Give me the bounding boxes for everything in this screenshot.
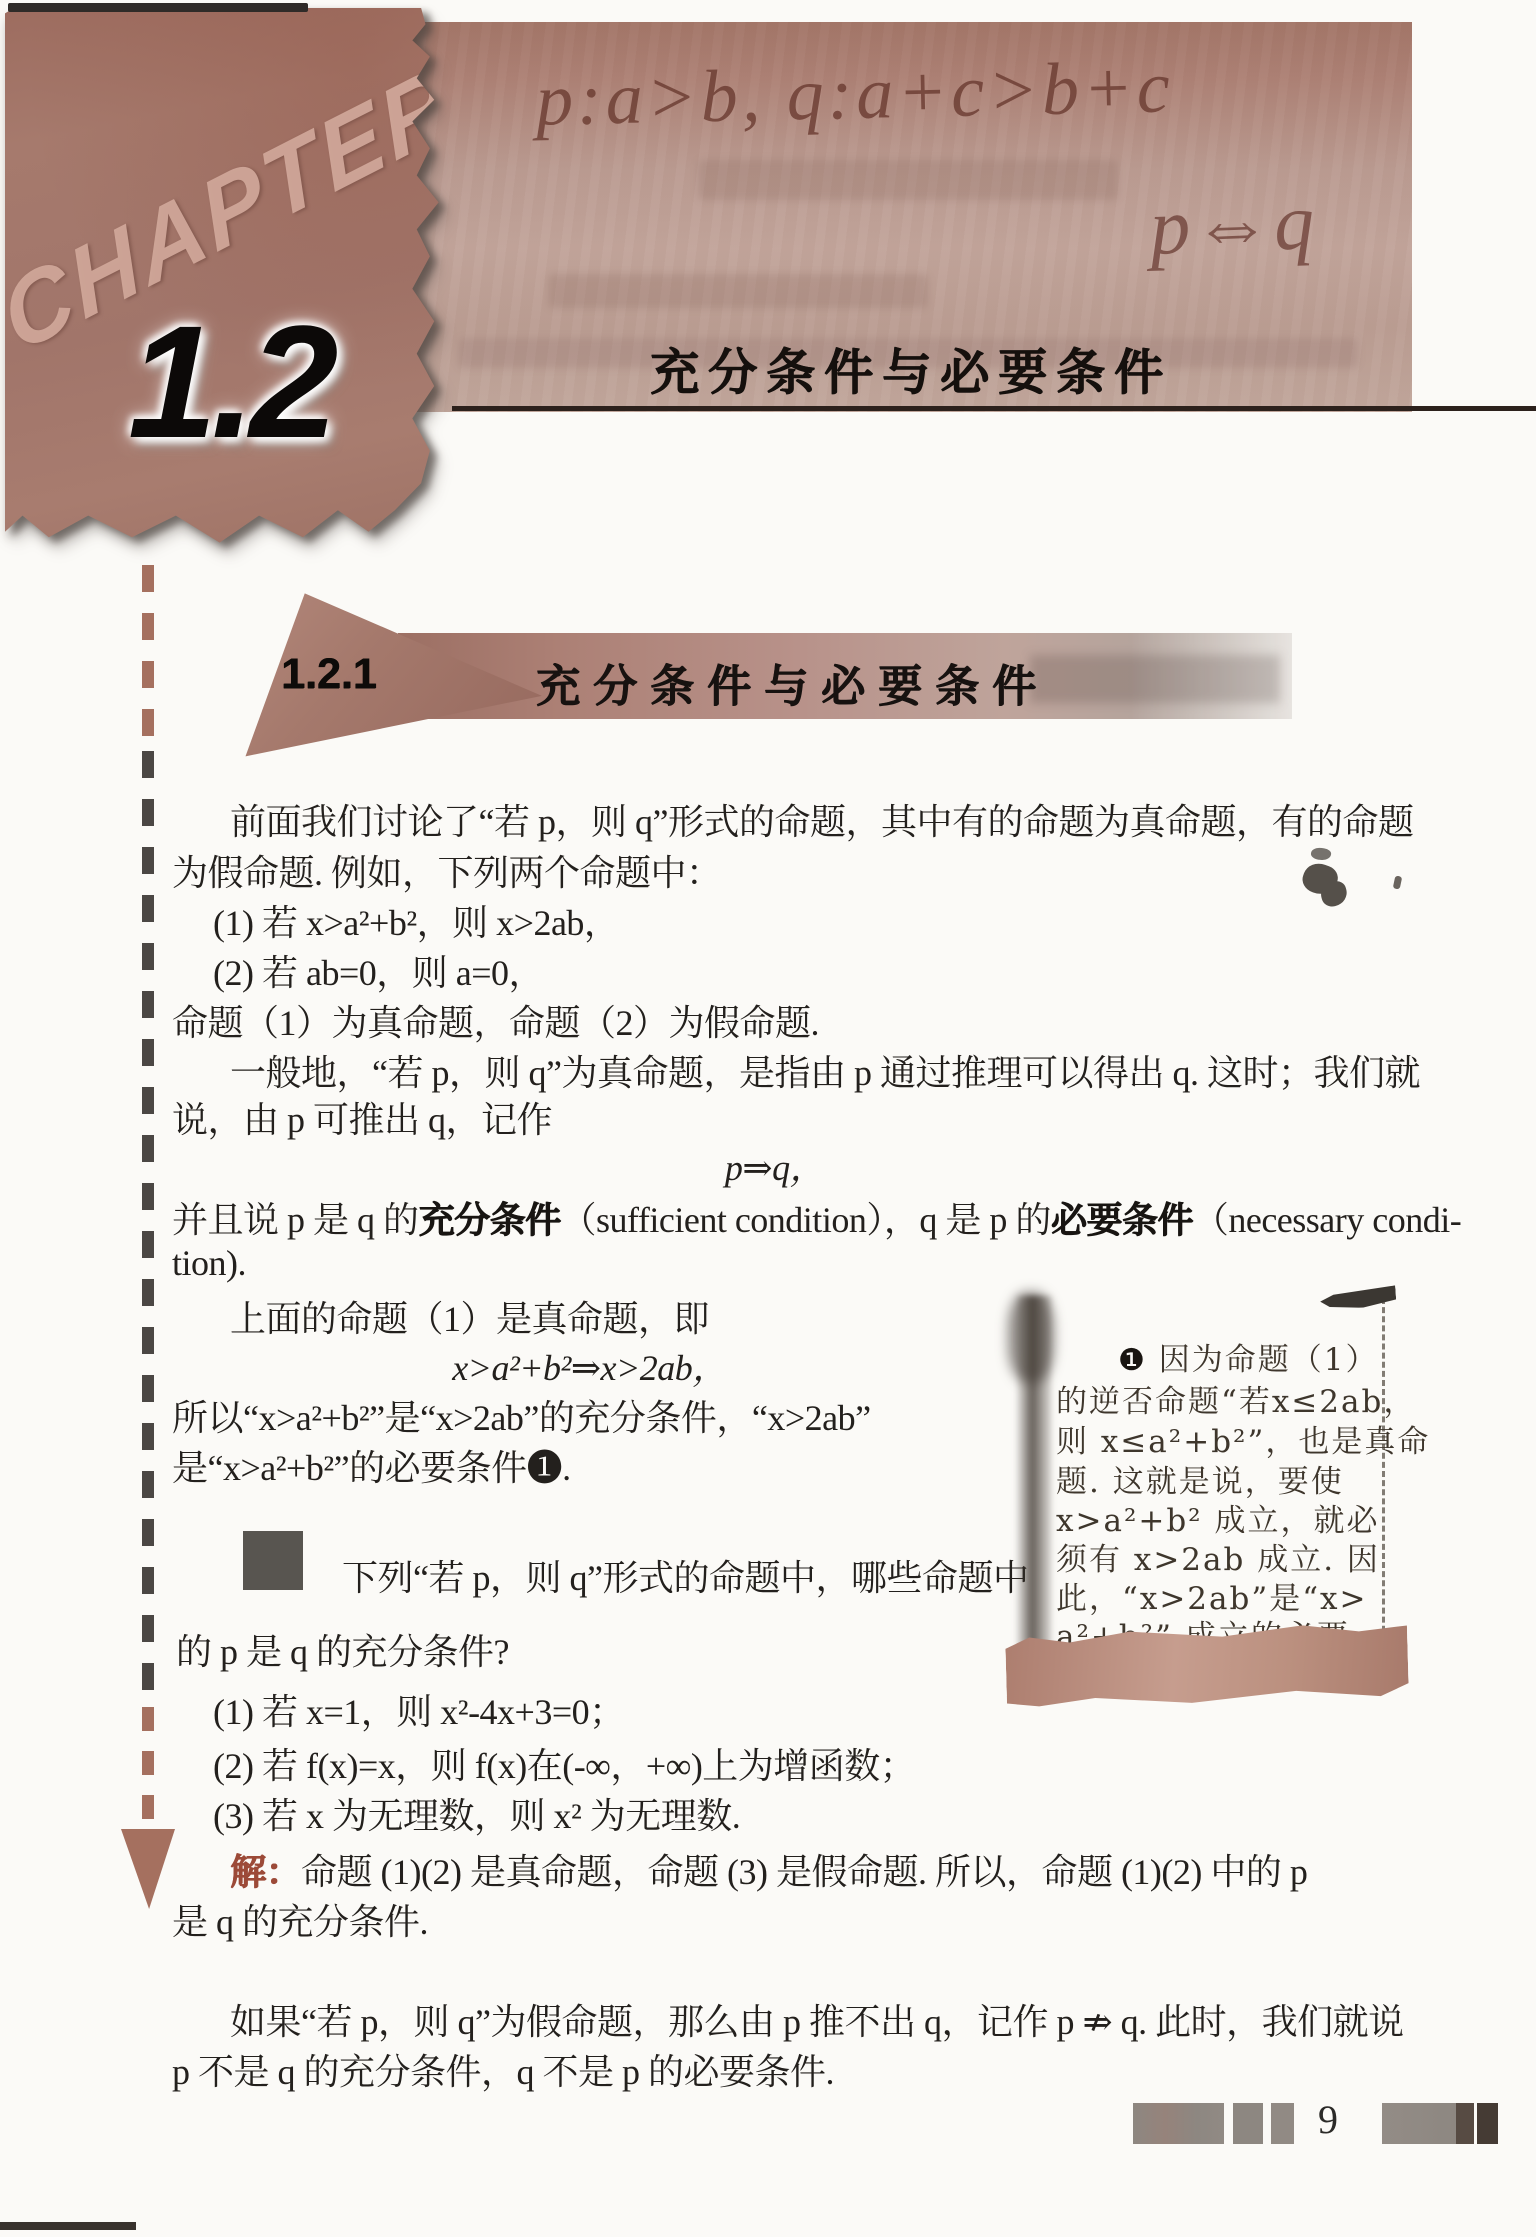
note-line: 则 x≤a²+b²”，也是真命 bbox=[1056, 1416, 1430, 1461]
text-segment: （necessary condi- bbox=[1193, 1200, 1461, 1240]
text-segment: 因为命题（1） bbox=[1159, 1342, 1379, 1378]
arrow-down-icon bbox=[121, 1829, 175, 1909]
footnote-marker-icon: ❶ bbox=[1118, 1343, 1147, 1378]
note-dashed-border bbox=[1382, 1298, 1385, 1650]
list-item: (1) 若 x>a²+b²，则 x>2ab， bbox=[213, 895, 619, 946]
example-marker-square bbox=[243, 1531, 303, 1590]
scan-edge-artifact-bottom bbox=[0, 2222, 136, 2230]
paragraph-line: 前面我们讨论了“若 p，则 q”形式的命题，其中有的命题为真命题，有的命题 bbox=[230, 794, 1413, 845]
example-item: (2) 若 f(x)=x，则 f(x)在(-∞，+∞)上为增函数； bbox=[213, 1738, 915, 1789]
section-number-large: 1.2 bbox=[128, 290, 332, 474]
example-line: 下列“若 p，则 q”形式的命题中，哪些命题中 bbox=[342, 1550, 1028, 1601]
note-torn-corner bbox=[1319, 1285, 1396, 1310]
paragraph-line: p 不是 q 的充分条件，q 不是 p 的必要条件. bbox=[172, 2044, 834, 2095]
paragraph-line: tion). bbox=[172, 1242, 246, 1284]
text-segment: （sufficient condition），q 是 p 的 bbox=[561, 1200, 1051, 1240]
paragraph-line: 一般地，“若 p，则 q”为真命题，是指由 p 通过推理可以得出 q. 这时；我… bbox=[230, 1045, 1420, 1096]
note-shadow bbox=[1016, 1296, 1052, 1648]
margin-dashed-line-bottom bbox=[142, 1707, 154, 1829]
bleed-through-ghost bbox=[698, 160, 1118, 200]
paragraph-line: 为假命题. 例如，下列两个命题中： bbox=[172, 845, 722, 896]
solution-line: 解：命题 (1)(2) 是真命题，命题 (3) 是假命题. 所以，命题 (1)(… bbox=[230, 1844, 1307, 1895]
text-segment: 命题 (1)(2) 是真命题，命题 (3) 是假命题. 所以，命题 (1)(2)… bbox=[301, 1852, 1307, 1892]
footer-decoration-bar bbox=[1233, 2103, 1263, 2144]
footer-decoration-bar bbox=[1456, 2103, 1474, 2144]
scan-edge-artifact-top bbox=[8, 3, 308, 12]
chapter-section-title: 充分条件与必要条件 bbox=[650, 334, 1172, 404]
margin-dashed-line-top bbox=[142, 565, 154, 751]
example-line: 的 p 是 q 的充分条件? bbox=[176, 1624, 509, 1675]
chapter-header-banner: p:a>b, q:a+c>b+c p⇔q 充分条件与必要条件 bbox=[398, 22, 1412, 412]
solution-line: 是 q 的充分条件. bbox=[172, 1894, 428, 1945]
header-rule bbox=[452, 406, 1536, 411]
ink-smudge bbox=[1297, 848, 1357, 910]
banner-formula-bottom: p⇔q bbox=[1148, 177, 1317, 274]
bleed-through-ghost bbox=[548, 274, 928, 308]
list-item: (2) 若 ab=0，则 a=0， bbox=[213, 945, 544, 996]
keyword-necessary-condition: 必要条件 bbox=[1051, 1199, 1193, 1240]
keyword-sufficient-condition: 充分条件 bbox=[419, 1199, 561, 1240]
example-item: (1) 若 x=1，则 x²-4x+3=0； bbox=[213, 1684, 625, 1735]
text-segment: 并且说 p 是 q 的 bbox=[172, 1200, 419, 1240]
display-formula: p⇒q， bbox=[150, 1140, 1400, 1191]
textbook-page: p:a>b, q:a+c>b+c p⇔q 充分条件与必要条件 CHAPTER 1… bbox=[0, 0, 1536, 2237]
paragraph-line: 并且说 p 是 q 的充分条件（sufficient condition），q … bbox=[172, 1192, 1461, 1243]
subsection-title: 充分条件与必要条件 bbox=[536, 650, 1049, 714]
paragraph-line: 说，由 p 可推出 q，记作 bbox=[172, 1092, 552, 1143]
page-number: 9 bbox=[1318, 2096, 1338, 2143]
solution-label: 解： bbox=[230, 1851, 301, 1892]
example-item: (3) 若 x 为无理数，则 x² 为无理数. bbox=[213, 1788, 740, 1839]
paragraph-line: 上面的命题（1）是真命题，即 bbox=[230, 1291, 709, 1342]
subsection-banner-ghost bbox=[1030, 655, 1280, 703]
paragraph-line: 如果“若 p，则 q”为假命题，那么由 p 推不出 q，记作 p ⇏ q. 此时… bbox=[230, 1994, 1404, 2045]
note-line: ❶ 因为命题（1） bbox=[1118, 1334, 1379, 1379]
paragraph-line: 命题（1）为真命题，命题（2）为假命题. bbox=[172, 995, 819, 1046]
margin-dashed-line bbox=[142, 751, 154, 1707]
ink-dot bbox=[1393, 875, 1403, 889]
banner-formula-top: p:a>b, q:a+c>b+c bbox=[535, 45, 1174, 143]
note-line: 的逆否命题“若x≤2ab， bbox=[1056, 1376, 1416, 1421]
display-formula: x>a²+b²⇒x>2ab， bbox=[150, 1340, 1030, 1391]
footer-decoration-bar bbox=[1133, 2103, 1224, 2144]
subsection-number: 1.2.1 bbox=[281, 650, 377, 699]
footer-decoration-bar bbox=[1477, 2103, 1498, 2144]
footer-decoration-bar bbox=[1271, 2103, 1294, 2144]
footer-decoration-bar bbox=[1382, 2103, 1458, 2144]
margin-note: ❶ 因为命题（1） 的逆否命题“若x≤2ab， 则 x≤a²+b²”，也是真命 … bbox=[998, 1282, 1418, 1727]
paragraph-line: 是“x>a²+b²”的必要条件❶. bbox=[172, 1440, 571, 1491]
paragraph-line: 所以“x>a²+b²”是“x>2ab”的充分条件，“x>2ab” bbox=[172, 1390, 871, 1441]
